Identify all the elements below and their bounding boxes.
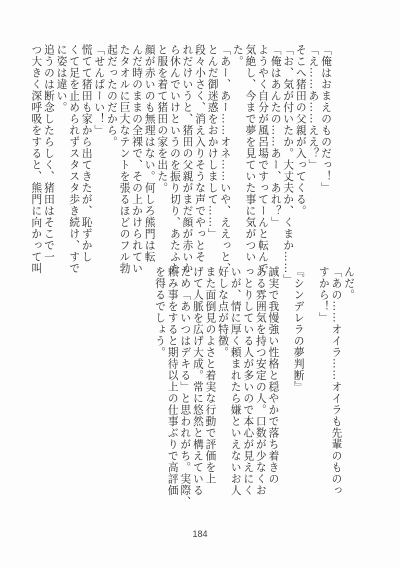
- text-line: いが、情に厚く頼まれたら嫌といえないお人: [229, 266, 242, 494]
- text-line: 「俺はおまえのものだっ！」: [319, 44, 332, 254]
- text-line: 「あの……オイラ……オイラも先輩のものっ: [330, 266, 343, 494]
- text-line: そこへ猪田の父親が入ってくる。: [294, 44, 307, 254]
- story-text-top: 「俺はおまえのものだっ！」 「え……あ……ええ？」 そこへ猪田の父親が入ってくる…: [30, 44, 332, 254]
- text-line: んだ。: [342, 266, 355, 494]
- text-line: 段々小さく、消え入りそうな声でやっとそ: [193, 44, 206, 254]
- blank-line: [279, 266, 292, 494]
- text-line: くて足を止められずスタスタ歩き続け、すで: [68, 44, 81, 254]
- text-line: 「お、気が付いたか。大丈夫か、くまか……」: [282, 44, 295, 254]
- story-text-bottom: んだ。 「あの……オイラ……オイラも先輩のものっ すから！」 『シンデレラの夢判…: [154, 266, 356, 494]
- text-line: また面倒見のよさと着実な行動で評価を上: [204, 266, 217, 494]
- text-line: っとりしている人が多いので本心が見えにく: [242, 266, 255, 494]
- text-line: 「俺はあんたの……あー、あれ？」: [269, 44, 282, 254]
- book-page: 「俺はおまえのものだっ！」 「え……あ……ええ？」 そこへ猪田の父親が入ってくる…: [0, 0, 400, 568]
- text-line: 起だったのだから。: [105, 44, 118, 254]
- text-line: た。: [231, 44, 244, 254]
- text-line: ら休んでいけというのを振り切り、あたふた: [168, 44, 181, 254]
- text-line: 顔が赤いのも無理はない。何しろ熊門は転: [143, 44, 156, 254]
- text-line: ある雰囲気を持つ安定の人。口数が少なくお: [254, 266, 267, 494]
- text-line: れだけいうと、猪田の父親がまだ顔が赤いか: [181, 44, 194, 254]
- text-line: 追うのは断念したらしく、猪田はそこで一: [42, 44, 55, 254]
- text-line: 誠実で我慢強い性格と穏やかで落ち着きの: [267, 266, 280, 494]
- text-line: に姿は違い。: [55, 44, 68, 254]
- text-line: 「あー、あー……オネ……いや、ええっと、: [219, 44, 232, 254]
- section-heading: 『シンデレラの夢判断』: [292, 266, 305, 494]
- text-line: と服を着て猪田の家を出た。: [156, 44, 169, 254]
- page-number: 184: [0, 529, 400, 539]
- text-line: とんだ御迷惑をおかけしまして……」: [206, 44, 219, 254]
- text-line: 気絶し、今まで夢を見ていた事に気がつい: [244, 44, 257, 254]
- text-line: 頼み事をすると期待以上の仕事ぶりで高評価: [166, 266, 179, 494]
- text-line: 「え……あ……ええ？」: [307, 44, 320, 254]
- text-line: げて人脈を広げ大成。常に悠然と構えている: [191, 266, 204, 494]
- text-line: ため「あいつはデキる」と思われがち。実際、: [179, 266, 192, 494]
- text-line: たタオルに巨大なテントを張るほどのフル勃: [118, 44, 131, 254]
- text-line: つ大きく深呼吸をすると、熊門に向かって叫: [30, 44, 43, 254]
- text-line: んだ時のままの全裸で、その上かけられてい: [131, 44, 144, 254]
- text-line: ようやく自分が風呂場ですってーんと転んで: [256, 44, 269, 254]
- text-line: を得るでしょう。: [154, 266, 167, 494]
- text-line: 慌てて猪田も家から出てきたが、恥ずかし: [80, 44, 93, 254]
- text-line: すから！」: [317, 266, 330, 494]
- text-line: 好しな点が特徴。: [216, 266, 229, 494]
- blank-line: [305, 266, 318, 494]
- text-line: 「せんぱーい！」: [93, 44, 106, 254]
